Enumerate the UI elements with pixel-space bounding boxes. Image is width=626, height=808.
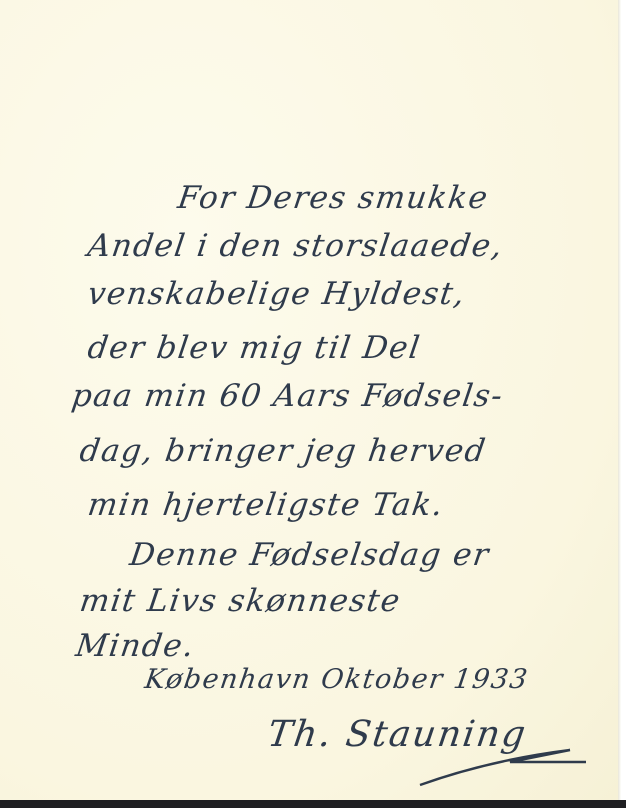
letter-line-7: min hjerteligste Tak. <box>85 487 446 523</box>
signature-flourish-icon <box>400 740 590 790</box>
letter-line-10: Minde. <box>73 628 197 664</box>
paper-edge-right <box>618 0 626 808</box>
letter-line-5: paa min 60 Aars Fødsels- <box>69 378 505 414</box>
letter-line-4: der blev mig til Del <box>85 330 423 366</box>
letter-paper: For Deres smukke Andel i den storslaaede… <box>0 0 618 800</box>
paper-edge-bottom <box>0 800 626 808</box>
letter-line-1: For Deres smukke <box>175 180 491 216</box>
letter-line-8: Denne Fødselsdag er <box>127 537 491 573</box>
letter-line-6: dag, bringer jeg herved <box>77 433 488 469</box>
letter-line-2: Andel i den storslaaede, <box>85 228 505 264</box>
place-date: København Oktober 1933 <box>143 664 531 695</box>
letter-line-9: mit Livs skønneste <box>77 583 403 619</box>
letter-line-3: venskabelige Hyldest, <box>85 276 467 312</box>
